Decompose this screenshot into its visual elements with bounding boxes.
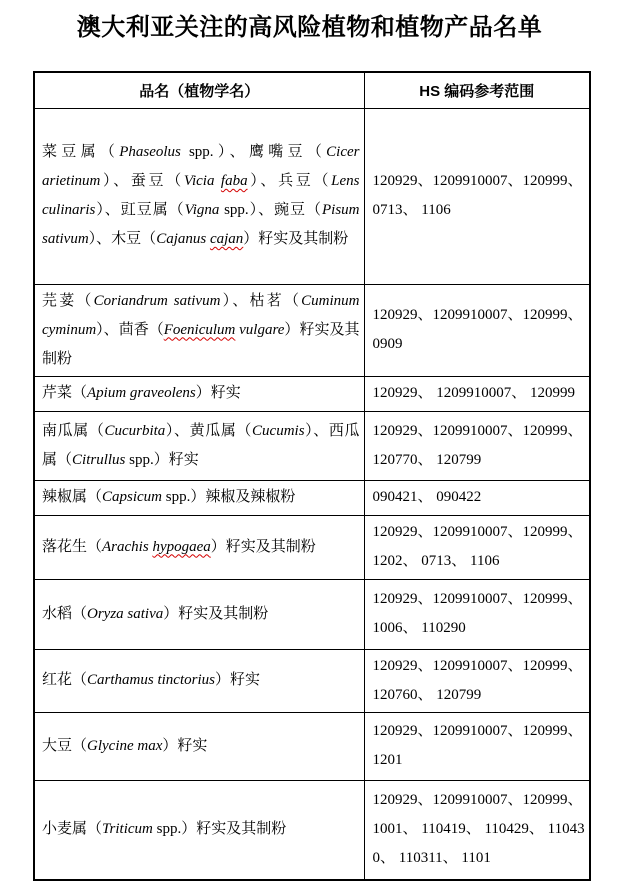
column-header-plant-name: 品名（植物学名） xyxy=(34,72,364,108)
hs-codes-cell: 120929、1209910007、120999、1001、 110419、 1… xyxy=(364,780,590,880)
text-run: ）、茴香（ xyxy=(96,322,164,338)
plant-name-cell: 小麦属（Triticum spp.）籽实及其制粉 xyxy=(34,780,364,880)
botanical-latin-name: Oryza sativa xyxy=(87,606,163,622)
text-run: 大豆（ xyxy=(42,738,87,754)
plant-name-cell: 大豆（Glycine max）籽实 xyxy=(34,712,364,780)
botanical-latin-name: Vicia xyxy=(184,173,221,189)
botanical-latin-name: Cucurbita xyxy=(104,423,165,439)
plant-name-cell: 红花（Carthamus tinctorius）籽实 xyxy=(34,649,364,712)
plant-name-cell: 南瓜属（Cucurbita）、黄瓜属（Cucumis）、西瓜属（Citrullu… xyxy=(34,411,364,480)
botanical-latin-name: faba xyxy=(221,173,248,189)
text-run: 小麦属（ xyxy=(42,821,102,837)
botanical-latin-name: Triticum xyxy=(102,821,153,837)
text-run: spp.）、豌豆（ xyxy=(219,202,322,218)
botanical-latin-name: vulgare xyxy=(235,322,284,338)
hs-codes-cell: 120929、1209910007、120999、0713、 1106 xyxy=(364,108,590,284)
text-run: ）、木豆（ xyxy=(89,231,157,247)
text-run: 南瓜属（ xyxy=(42,423,104,439)
botanical-latin-name: Vigna xyxy=(185,202,220,218)
hs-codes-cell: 120929、1209910007、120999、0909 xyxy=(364,284,590,376)
text-run: ）、豇豆属（ xyxy=(95,202,184,218)
plant-name-cell: 辣椒属（Capsicum spp.）辣椒及辣椒粉 xyxy=(34,480,364,515)
text-run: 芫荽（ xyxy=(42,293,94,309)
text-run: ）籽实及其制粉 xyxy=(243,231,348,247)
plant-name-cell: 落花生（Arachis hypogaea）籽实及其制粉 xyxy=(34,515,364,579)
text-run: ）籽实 xyxy=(196,385,241,401)
text-run: ）、枯茗（ xyxy=(220,293,301,309)
table-body: 菜豆属（Phaseolus spp.）、鹰嘴豆（Cicer arietinum）… xyxy=(34,108,590,880)
text-run: spp.）辣椒及辣椒粉 xyxy=(162,489,295,505)
column-header-hs-codes: HS 编码参考范围 xyxy=(364,72,590,108)
hs-codes-cell: 120929、1209910007、120999、1006、 110290 xyxy=(364,579,590,649)
botanical-latin-name: Coriandrum sativum xyxy=(94,293,221,309)
text-run: 水稻（ xyxy=(42,606,87,622)
text-run: ）籽实及其制粉 xyxy=(211,539,316,555)
text-run: ）、黄瓜属（ xyxy=(165,423,252,439)
plant-name-cell: 芹菜（Apium graveolens）籽实 xyxy=(34,376,364,411)
botanical-latin-name: Cajanus xyxy=(156,231,210,247)
text-run: ）、蚕豆（ xyxy=(100,173,184,189)
botanical-latin-name: Capsicum xyxy=(102,489,162,505)
text-run: spp.）籽实及其制粉 xyxy=(153,821,286,837)
table-row: 红花（Carthamus tinctorius）籽实 120929、120991… xyxy=(34,649,590,712)
text-run: 菜豆属（ xyxy=(42,144,119,160)
hs-codes-cell: 090421、 090422 xyxy=(364,480,590,515)
plant-name-cell: 水稻（Oryza sativa）籽实及其制粉 xyxy=(34,579,364,649)
page-title: 澳大利亚关注的高风险植物和植物产品名单 xyxy=(10,13,609,43)
hs-codes-cell: 120929、1209910007、120999、1201 xyxy=(364,712,590,780)
table-row: 水稻（Oryza sativa）籽实及其制粉 120929、1209910007… xyxy=(34,579,590,649)
text-run: spp.）籽实 xyxy=(125,452,198,468)
text-run: 芹菜（ xyxy=(42,385,87,401)
text-run: spp.）、鹰嘴豆（ xyxy=(181,144,326,160)
botanical-latin-name: hypogaea xyxy=(152,539,210,555)
botanical-latin-name: Glycine max xyxy=(87,738,162,754)
botanical-latin-name: Carthamus tinctorius xyxy=(87,672,215,688)
high-risk-plants-table: 品名（植物学名） HS 编码参考范围 菜豆属（Phaseolus spp.）、鹰… xyxy=(33,71,591,881)
botanical-latin-name: Phaseolus xyxy=(119,144,181,160)
table-row: 落花生（Arachis hypogaea）籽实及其制粉 120929、12099… xyxy=(34,515,590,579)
text-run: ）、兵豆（ xyxy=(248,173,332,189)
table-row: 大豆（Glycine max）籽实 120929、1209910007、1209… xyxy=(34,712,590,780)
botanical-latin-name: Cucumis xyxy=(252,423,305,439)
table-row: 菜豆属（Phaseolus spp.）、鹰嘴豆（Cicer arietinum）… xyxy=(34,108,590,284)
document-page: 澳大利亚关注的高风险植物和植物产品名单 品名（植物学名） HS 编码参考范围 菜… xyxy=(0,0,619,896)
botanical-latin-name: Apium graveolens xyxy=(87,385,196,401)
text-run: ）籽实 xyxy=(162,738,207,754)
table-row: 芫荽（Coriandrum sativum）、枯茗（Cuminum cyminu… xyxy=(34,284,590,376)
hs-codes-cell: 120929、1209910007、120999、120770、 120799 xyxy=(364,411,590,480)
text-run: 红花（ xyxy=(42,672,87,688)
text-run: ）籽实 xyxy=(215,672,260,688)
text-run: ）籽实及其制粉 xyxy=(163,606,268,622)
table-row: 辣椒属（Capsicum spp.）辣椒及辣椒粉 090421、 090422 xyxy=(34,480,590,515)
table-row: 芹菜（Apium graveolens）籽实 120929、 120991000… xyxy=(34,376,590,411)
plant-name-cell: 菜豆属（Phaseolus spp.）、鹰嘴豆（Cicer arietinum）… xyxy=(34,108,364,284)
text-run: 落花生（ xyxy=(42,539,102,555)
table-row: 小麦属（Triticum spp.）籽实及其制粉 120929、12099100… xyxy=(34,780,590,880)
botanical-latin-name: Citrullus xyxy=(72,452,125,468)
hs-codes-cell: 120929、 1209910007、 120999 xyxy=(364,376,590,411)
table-header-row: 品名（植物学名） HS 编码参考范围 xyxy=(34,72,590,108)
plant-name-cell: 芫荽（Coriandrum sativum）、枯茗（Cuminum cyminu… xyxy=(34,284,364,376)
botanical-latin-name: Arachis xyxy=(102,539,152,555)
table-row: 南瓜属（Cucurbita）、黄瓜属（Cucumis）、西瓜属（Citrullu… xyxy=(34,411,590,480)
text-run: 辣椒属（ xyxy=(42,489,102,505)
hs-codes-cell: 120929、1209910007、120999、1202、 0713、 110… xyxy=(364,515,590,579)
hs-codes-cell: 120929、1209910007、120999、120760、 120799 xyxy=(364,649,590,712)
botanical-latin-name: Foeniculum xyxy=(164,322,236,338)
botanical-latin-name: cajan xyxy=(210,231,243,247)
